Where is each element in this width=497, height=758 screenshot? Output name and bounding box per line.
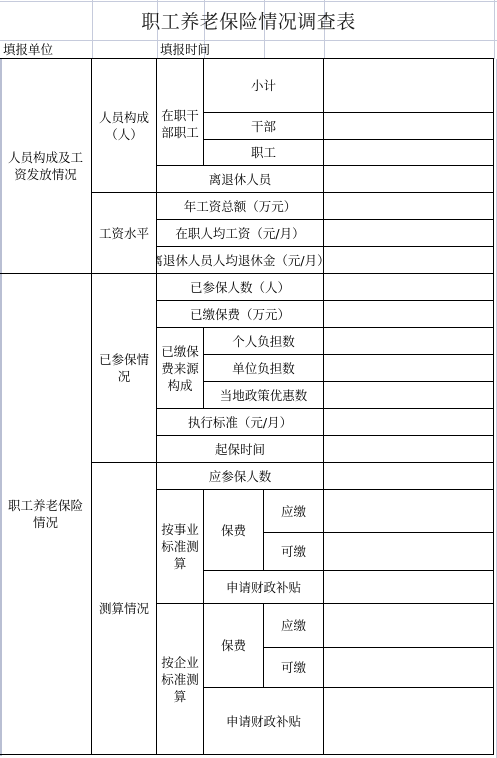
row-label-avg-pension: 离退休人员人均退休金（元/月）: [156, 246, 324, 274]
row-label-cadre: 干部: [203, 112, 324, 140]
row-label-enterprise-payable: 可缴: [263, 647, 324, 688]
value-enterprise-payable[interactable]: [323, 647, 494, 688]
row-label-public-subsidy: 申请财政补贴: [203, 570, 324, 604]
row-label-enterprise-due: 应缴: [263, 603, 324, 648]
row-label-retired: 离退休人员: [156, 165, 324, 193]
value-insured-count[interactable]: [323, 273, 494, 301]
value-paid-premium[interactable]: [323, 300, 494, 328]
row-label-paid-premium: 已缴保费（万元）: [156, 300, 324, 328]
value-enterprise-due[interactable]: [323, 603, 494, 648]
gridline: [0, 1, 497, 2]
row-label-should-insure: 应参保人数: [156, 462, 324, 490]
section-pension: 职工养老保险情况: [0, 273, 92, 755]
survey-sheet: 职工养老保险情况调查表 填报单位 填报时间 人员构成及工资发放情况 人员构成（人…: [0, 0, 497, 758]
value-personal-share[interactable]: [323, 327, 494, 355]
group-estimate: 测算情况: [91, 462, 157, 755]
group-estimate-label: 测算情况: [99, 600, 149, 617]
row-label-standard: 执行标准（元/月）: [156, 408, 324, 436]
value-worker[interactable]: [323, 139, 494, 166]
row-label-subtotal: 小计: [203, 58, 324, 113]
row-label-annual-wage: 年工资总额（万元）: [156, 192, 324, 220]
row-label-public-due: 应缴: [263, 489, 324, 533]
group-active-staff: 在职干部职工: [156, 58, 204, 166]
group-insured: 已参保情况: [91, 273, 157, 463]
row-label-policy-discount: 当地政策优惠数: [203, 381, 324, 409]
row-label-avg-wage: 在职人均工资（元/月）: [156, 219, 324, 247]
value-avg-pension[interactable]: [323, 246, 494, 274]
group-enterprise: 按企业标准测算: [156, 603, 204, 755]
group-enterprise-label: 按企业标准测算: [159, 654, 201, 705]
time-value[interactable]: [217, 40, 324, 59]
section-personnel: 人员构成及工资发放情况: [0, 58, 92, 274]
group-composition: 人员构成（人）: [91, 58, 157, 193]
value-public-payable[interactable]: [323, 532, 494, 571]
group-composition-label: 人员构成（人）: [96, 109, 152, 143]
unit-label: 填报单位: [0, 40, 92, 59]
value-policy-discount[interactable]: [323, 381, 494, 409]
group-public-institution: 按事业标准测算: [156, 489, 204, 604]
row-label-insured-count: 已参保人数（人）: [156, 273, 324, 301]
value-public-subsidy[interactable]: [323, 570, 494, 604]
section-personnel-label: 人员构成及工资发放情况: [6, 149, 85, 183]
row-label-start-time: 起保时间: [156, 435, 324, 463]
value-cadre[interactable]: [323, 112, 494, 140]
time-label: 填报时间: [157, 40, 217, 59]
group-premium-source: 已缴保费来源构成: [156, 327, 204, 409]
value-employer-share[interactable]: [323, 354, 494, 382]
group-insured-label: 已参保情况: [98, 351, 150, 385]
enterprise-premium-label: 保费: [203, 603, 264, 688]
group-public-institution-label: 按事业标准测算: [159, 521, 201, 572]
group-premium-source-label: 已缴保费来源构成: [159, 343, 201, 394]
value-standard[interactable]: [323, 408, 494, 436]
group-active-staff-label: 在职干部职工: [159, 107, 201, 141]
value-start-time[interactable]: [323, 435, 494, 463]
value-public-due[interactable]: [323, 489, 494, 533]
group-wage-level-label: 工资水平: [99, 225, 149, 242]
row-label-enterprise-subsidy: 申请财政补贴: [203, 687, 324, 755]
value-enterprise-subsidy[interactable]: [323, 687, 494, 755]
group-wage-level: 工资水平: [91, 192, 157, 274]
unit-value[interactable]: [92, 40, 157, 59]
value-retired[interactable]: [323, 165, 494, 193]
public-premium-label: 保费: [203, 489, 264, 571]
value-should-insure[interactable]: [323, 462, 494, 490]
section-pension-label: 职工养老保险情况: [6, 497, 85, 531]
value-subtotal[interactable]: [323, 58, 494, 113]
page-title: 职工养老保险情况调查表: [0, 4, 497, 40]
row-label-public-payable: 可缴: [263, 532, 324, 571]
value-avg-wage[interactable]: [323, 219, 494, 247]
row-label-employer-share: 单位负担数: [203, 354, 324, 382]
value-annual-wage[interactable]: [323, 192, 494, 220]
row-label-worker: 职工: [203, 139, 324, 166]
row-label-personal-share: 个人负担数: [203, 327, 324, 355]
